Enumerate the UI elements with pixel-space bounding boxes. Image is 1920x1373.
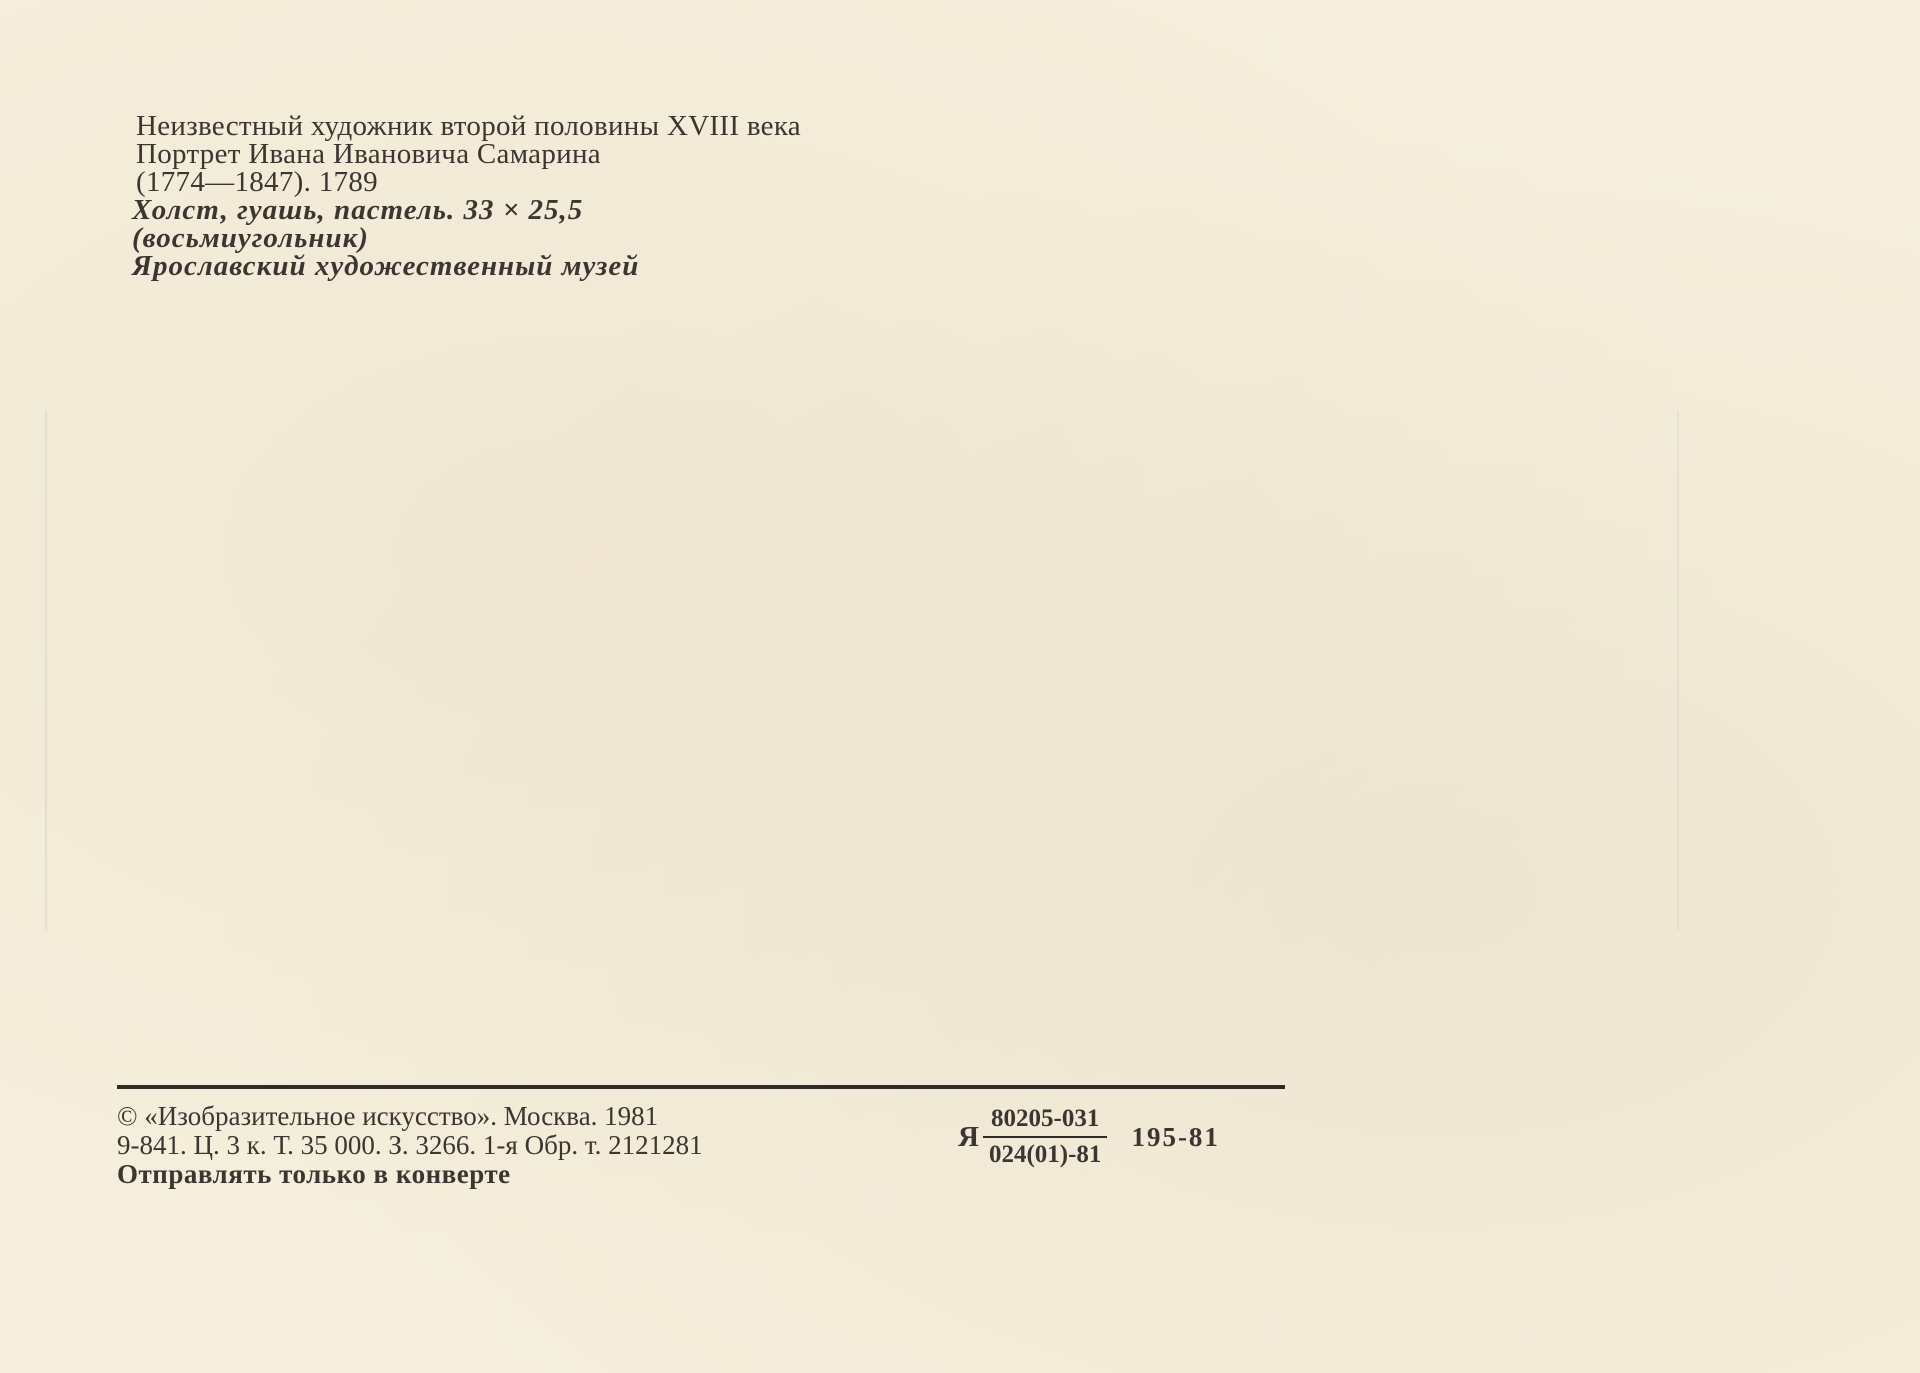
shape-line: (восьмиугольник) bbox=[132, 224, 801, 252]
show-through-image-outline bbox=[45, 410, 1679, 930]
code-fraction: 80205-031 024(01)-81 bbox=[981, 1105, 1109, 1169]
divider-rule bbox=[117, 1085, 1285, 1089]
print-info-line: 9-841. Ц. 3 к. Т. 35 000. З. 3266. 1-я О… bbox=[117, 1131, 703, 1160]
code-index: 195-81 bbox=[1131, 1122, 1220, 1153]
publisher-line: © «Изобразительное искусство». Москва. 1… bbox=[117, 1102, 703, 1131]
artist-line: Неизвестный художник второй половины XVI… bbox=[136, 112, 801, 140]
imprint-block: © «Изобразительное искусство». Москва. 1… bbox=[117, 1102, 703, 1189]
title-line: Портрет Ивана Ивановича Самарина bbox=[136, 140, 801, 168]
code-prefix: Я bbox=[958, 1121, 979, 1154]
catalog-code: Я 80205-031 024(01)-81 195-81 bbox=[958, 1105, 1220, 1169]
envelope-notice: Отправлять только в конверте bbox=[117, 1160, 703, 1189]
dates-line: (1774—1847). 1789 bbox=[136, 168, 801, 196]
medium-line: Холст, гуашь, пастель. 33 × 25,5 bbox=[132, 196, 801, 224]
code-numerator: 80205-031 bbox=[983, 1105, 1107, 1138]
artwork-caption: Неизвестный художник второй половины XVI… bbox=[136, 112, 801, 280]
code-denominator: 024(01)-81 bbox=[981, 1138, 1109, 1169]
museum-line: Ярославский художественный музей bbox=[132, 252, 801, 280]
